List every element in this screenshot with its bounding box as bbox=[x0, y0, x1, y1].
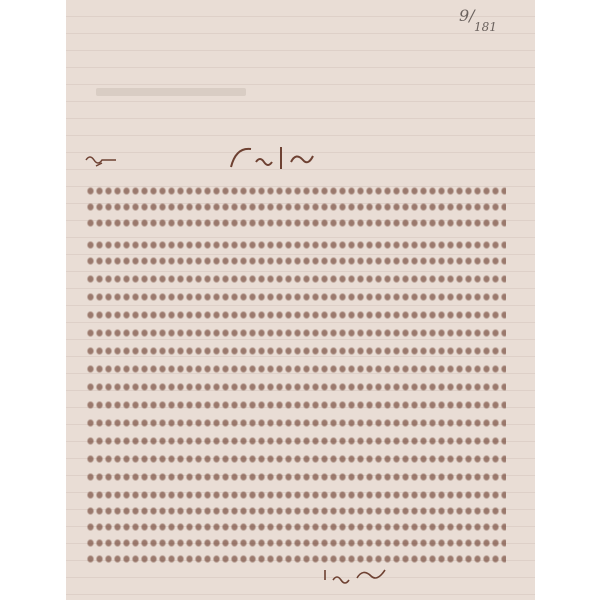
script-line bbox=[86, 292, 506, 302]
faded-letterhead bbox=[96, 88, 246, 96]
margin-note bbox=[84, 150, 120, 170]
signature bbox=[321, 566, 391, 586]
script-line bbox=[86, 538, 506, 548]
script-line bbox=[86, 202, 506, 212]
script-line bbox=[86, 554, 506, 564]
script-line bbox=[86, 472, 506, 482]
script-line bbox=[86, 490, 506, 500]
script-line bbox=[86, 346, 506, 356]
heading-script bbox=[226, 137, 316, 177]
script-line bbox=[86, 328, 506, 338]
script-line bbox=[86, 310, 506, 320]
script-line bbox=[86, 274, 506, 284]
script-line bbox=[86, 218, 506, 228]
script-line bbox=[86, 522, 506, 532]
script-line bbox=[86, 506, 506, 516]
script-line bbox=[86, 186, 506, 196]
letter-page: 9/ 181 bbox=[66, 0, 535, 600]
script-line bbox=[86, 240, 506, 250]
folio-number: 181 bbox=[474, 20, 497, 34]
folio-mark: 9/ bbox=[459, 6, 475, 25]
script-line bbox=[86, 382, 506, 392]
script-line bbox=[86, 364, 506, 374]
script-line bbox=[86, 418, 506, 428]
script-line bbox=[86, 436, 506, 446]
script-line bbox=[86, 454, 506, 464]
script-line bbox=[86, 400, 506, 410]
script-line bbox=[86, 256, 506, 266]
